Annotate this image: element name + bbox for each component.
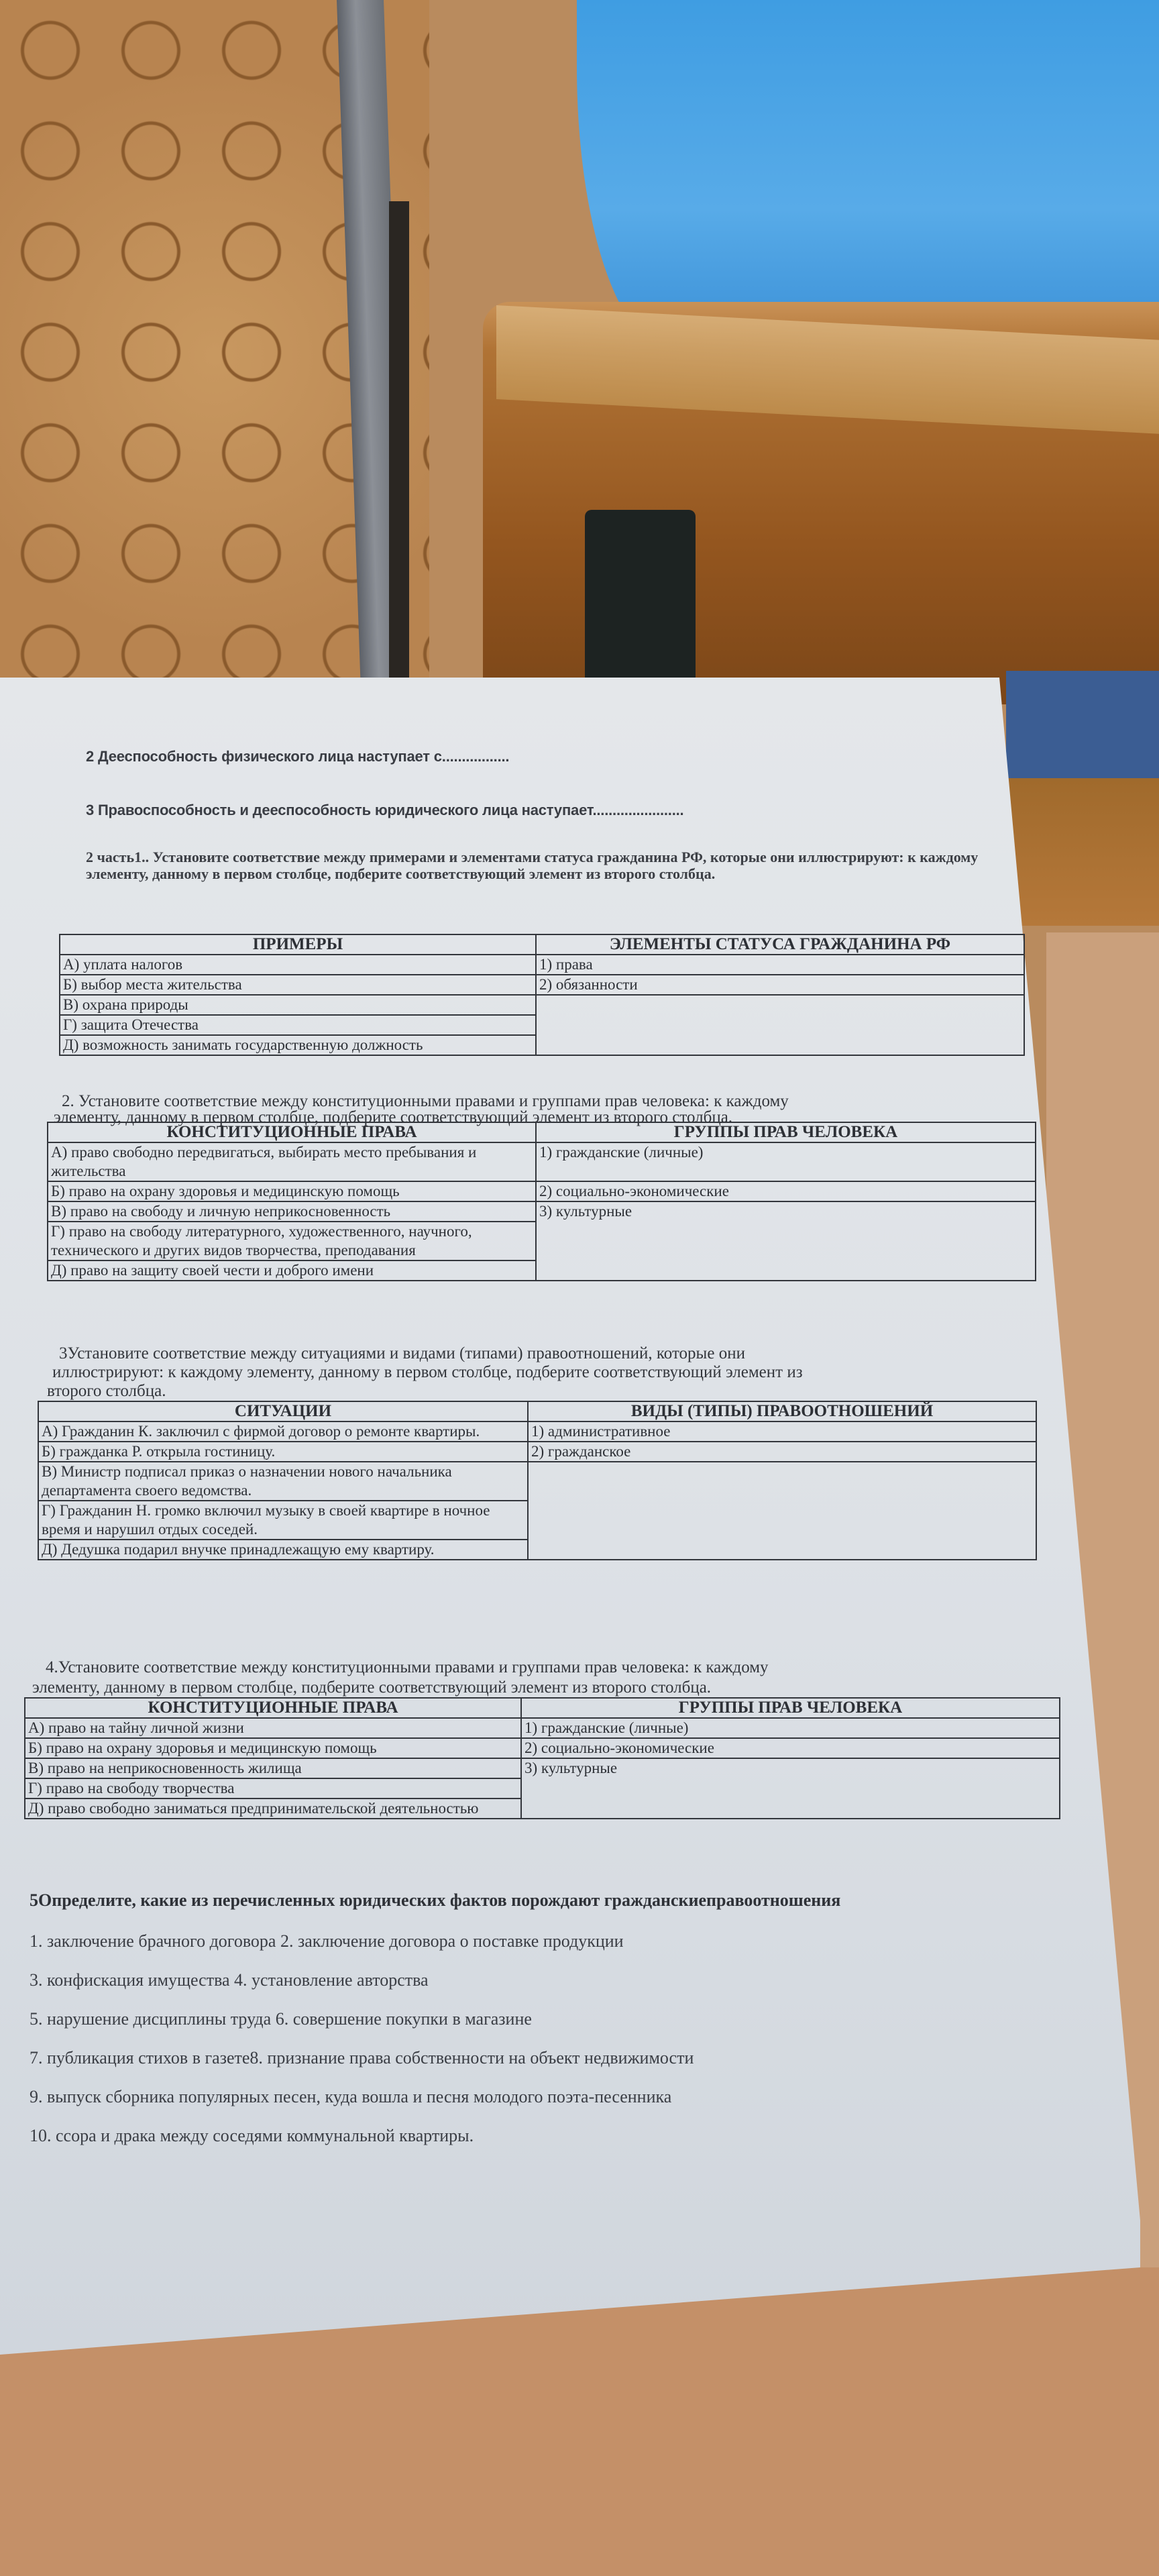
fact-line: 7. публикация стихов в газете8. признани… bbox=[30, 2049, 694, 2088]
task4-table: КОНСТИТУЦИОННЫЕ ПРАВА ГРУППЫ ПРАВ ЧЕЛОВЕ… bbox=[24, 1697, 1060, 1819]
task3-instruction: 3Установите соответствие между ситуациям… bbox=[59, 1344, 745, 1363]
chair-frame-shadow bbox=[389, 201, 409, 691]
fact-line: 1. заключение брачного договора 2. заклю… bbox=[30, 1932, 694, 1971]
task3-instruction-cont: иллюстрируют: к каждому элементу, данном… bbox=[52, 1363, 803, 1382]
task4-item: В) право на неприкосновенность жилища bbox=[25, 1758, 521, 1778]
task3-option: 2) гражданское bbox=[528, 1442, 1036, 1462]
task4-instruction: 4.Установите соответствие между конститу… bbox=[46, 1658, 769, 1677]
task2-item: Д) право на защиту своей чести и доброго… bbox=[48, 1260, 536, 1281]
task3-col-right: ВИДЫ (ТИПЫ) ПРАВООТНОШЕНИЙ bbox=[528, 1401, 1036, 1421]
task2-option: 1) гражданские (личные) bbox=[536, 1142, 1036, 1181]
task3-item: Б) гражданка Р. открыла гостиницу. bbox=[38, 1442, 528, 1462]
task2-col-left: КОНСТИТУЦИОННЫЕ ПРАВА bbox=[48, 1122, 536, 1142]
task2-item: В) право на свободу и личную неприкоснов… bbox=[48, 1201, 536, 1222]
task1-option: 2) обязанности bbox=[536, 975, 1024, 995]
task3-col-left: СИТУАЦИИ bbox=[38, 1401, 528, 1421]
task4-item: Д) право свободно заниматься предпринима… bbox=[25, 1799, 521, 1819]
task2-table: КОНСТИТУЦИОННЫЕ ПРАВА ГРУППЫ ПРАВ ЧЕЛОВЕ… bbox=[47, 1122, 1036, 1281]
task3-empty-cell bbox=[528, 1462, 1036, 1560]
task3-item: В) Министр подписал приказ о назначении … bbox=[38, 1462, 528, 1501]
task4-col-left: КОНСТИТУЦИОННЫЕ ПРАВА bbox=[25, 1698, 521, 1718]
task5-title: 5Определите, какие из перечисленных юрид… bbox=[30, 1890, 840, 1911]
task3-item: Г) Гражданин Н. громко включил музыку в … bbox=[38, 1501, 528, 1540]
task4-item: Г) право на свободу творчества bbox=[25, 1778, 521, 1799]
question-2: 2 Дееспособность физического лица наступ… bbox=[86, 748, 509, 765]
task3-instruction-end: второго столбца. bbox=[47, 1382, 166, 1401]
wood-surface bbox=[1006, 778, 1159, 926]
task2-option: 3) культурные bbox=[536, 1201, 1036, 1281]
question-3: 3 Правоспособность и дееспособность юрид… bbox=[86, 802, 683, 819]
task2-item: А) право свободно передвигаться, выбират… bbox=[48, 1142, 536, 1181]
task1-item: Д) возможность занимать государственную … bbox=[60, 1035, 536, 1055]
fact-line: 5. нарушение дисциплины труда 6. соверше… bbox=[30, 2010, 694, 2049]
fact-line: 9. выпуск сборника популярных песен, куд… bbox=[30, 2088, 694, 2127]
task1-item: В) охрана природы bbox=[60, 995, 536, 1015]
task4-option: 1) гражданские (личные) bbox=[521, 1718, 1060, 1738]
task1-table: ПРИМЕРЫ ЭЛЕМЕНТЫ СТАТУСА ГРАЖДАНИНА РФ А… bbox=[59, 934, 1025, 1056]
task4-option: 2) социально-экономические bbox=[521, 1738, 1060, 1758]
fact-line: 10. ссора и драка между соседями коммуна… bbox=[30, 2127, 694, 2165]
task2-option: 2) социально-экономические bbox=[536, 1181, 1036, 1201]
task4-col-right: ГРУППЫ ПРАВ ЧЕЛОВЕКА bbox=[521, 1698, 1060, 1718]
task4-option: 3) культурные bbox=[521, 1758, 1060, 1819]
task2-item: Г) право на свободу литературного, худож… bbox=[48, 1222, 536, 1260]
task1-item: Г) защита Отечества bbox=[60, 1015, 536, 1035]
task5-facts-list: 1. заключение брачного договора 2. заклю… bbox=[30, 1932, 694, 2165]
task3-item: Д) Дедушка подарил внучке принадлежащую … bbox=[38, 1540, 528, 1560]
task1-item: А) уплата налогов bbox=[60, 955, 536, 975]
fact-line: 3. конфискация имущества 4. установление… bbox=[30, 1971, 694, 2010]
task1-col-right: ЭЛЕМЕНТЫ СТАТУСА ГРАЖДАНИНА РФ bbox=[536, 934, 1024, 955]
task1-empty-cell bbox=[536, 995, 1024, 1055]
task3-option: 1) административное bbox=[528, 1421, 1036, 1442]
blue-bag bbox=[1006, 671, 1159, 778]
task4-item: А) право на тайну личной жизни bbox=[25, 1718, 521, 1738]
task4-item: Б) право на охрану здоровья и медицинску… bbox=[25, 1738, 521, 1758]
blue-shirt bbox=[577, 0, 1159, 349]
task3-item: А) Гражданин К. заключил с фирмой догово… bbox=[38, 1421, 528, 1442]
task3-table: СИТУАЦИИ ВИДЫ (ТИПЫ) ПРАВООТНОШЕНИЙ А) Г… bbox=[38, 1401, 1037, 1560]
task2-col-right: ГРУППЫ ПРАВ ЧЕЛОВЕКА bbox=[536, 1122, 1036, 1142]
part2-intro: 2 часть1.. Установите соответствие между… bbox=[86, 849, 985, 882]
task4-instruction-cont: элементу, данному в первом столбце, подб… bbox=[32, 1678, 711, 1697]
task1-option: 1) права bbox=[536, 955, 1024, 975]
chair-bracket-cap bbox=[585, 510, 696, 691]
task1-col-left: ПРИМЕРЫ bbox=[60, 934, 536, 955]
task2-item: Б) право на охрану здоровья и медицинску… bbox=[48, 1181, 536, 1201]
task1-item: Б) выбор места жительства bbox=[60, 975, 536, 995]
